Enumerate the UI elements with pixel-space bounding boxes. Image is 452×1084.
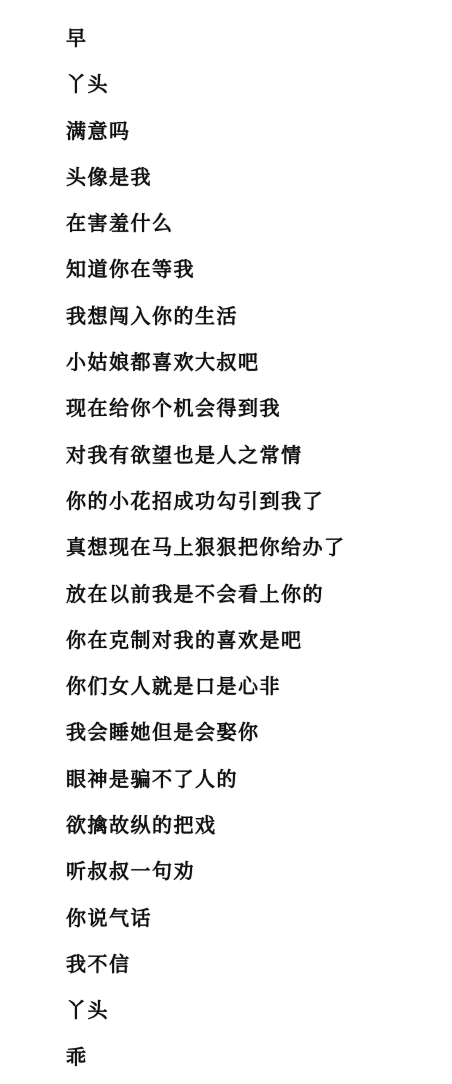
text-line: 放在以前我是不会看上你的 bbox=[66, 580, 446, 626]
text-line: 我想闯入你的生活 bbox=[66, 302, 446, 348]
text-line: 欲擒故纵的把戏 bbox=[66, 811, 446, 857]
text-line: 小姑娘都喜欢大叔吧 bbox=[66, 348, 446, 394]
text-line: 眼神是骗不了人的 bbox=[66, 765, 446, 811]
text-line: 丫头 bbox=[66, 70, 446, 116]
text-line: 乖 bbox=[66, 1043, 446, 1084]
text-line: 我不信 bbox=[66, 950, 446, 996]
text-line: 头像是我 bbox=[66, 163, 446, 209]
text-line: 听叔叔一句劝 bbox=[66, 857, 446, 903]
text-line: 你们女人就是口是心非 bbox=[66, 672, 446, 718]
text-line: 对我有欲望也是人之常情 bbox=[66, 441, 446, 487]
text-line: 丫头 bbox=[66, 996, 446, 1042]
text-line: 真想现在马上狠狠把你给办了 bbox=[66, 533, 446, 579]
text-line: 知道你在等我 bbox=[66, 255, 446, 301]
text-line: 满意吗 bbox=[66, 117, 446, 163]
text-line: 在害羞什么 bbox=[66, 209, 446, 255]
text-line: 你的小花招成功勾引到我了 bbox=[66, 487, 446, 533]
text-line: 我会睡她但是会娶你 bbox=[66, 718, 446, 764]
text-line: 现在给你个机会得到我 bbox=[66, 394, 446, 440]
text-line: 你在克制对我的喜欢是吧 bbox=[66, 626, 446, 672]
text-line: 早 bbox=[66, 24, 446, 70]
text-document: 早 丫头 满意吗 头像是我 在害羞什么 知道你在等我 我想闯入你的生活 小姑娘都… bbox=[66, 24, 446, 1084]
text-line: 你说气话 bbox=[66, 904, 446, 950]
